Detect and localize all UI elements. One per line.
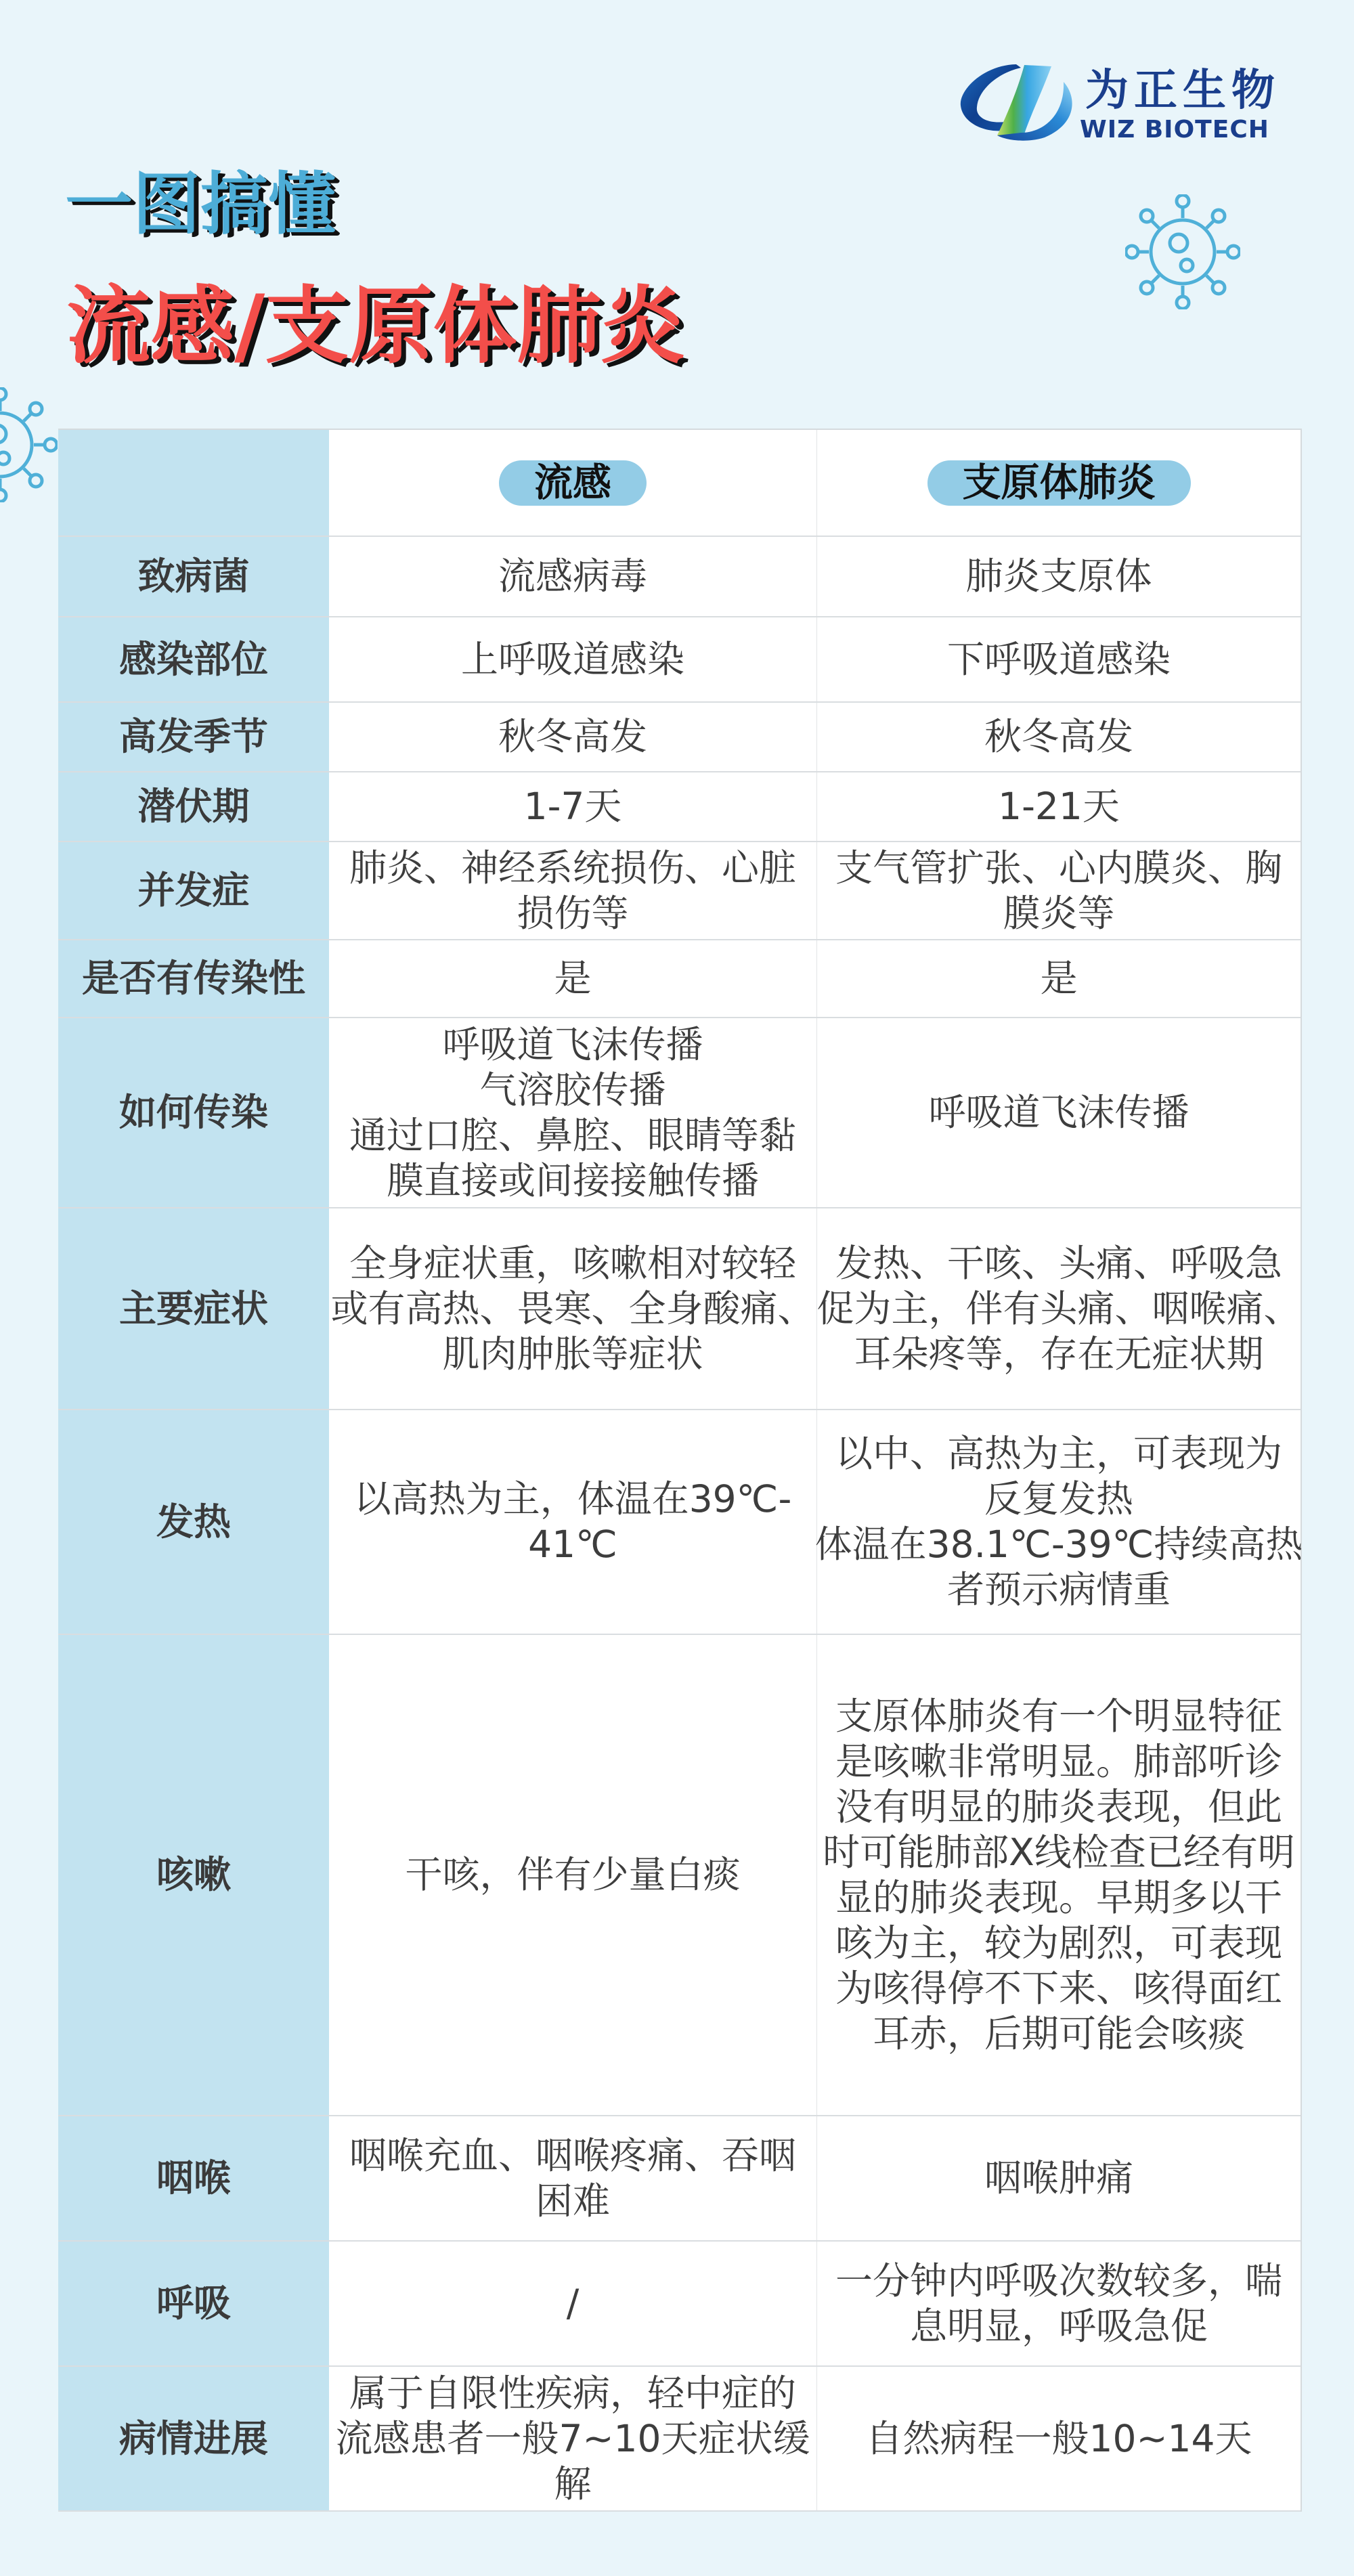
virus-icon (0, 387, 58, 502)
comparison-table: 流感 支原体肺炎 致病菌 流感病毒 肺炎支原体 感染部位 上呼吸道感染 下呼吸道… (58, 429, 1302, 2512)
wiz-biotech-logo-icon (957, 60, 1075, 142)
flu-value: 以高热为主，体温在39℃- 41℃ (329, 1410, 817, 1634)
page-subtitle: 一图搞懂 (65, 171, 336, 238)
table-row: 如何传染 呼吸道飞沫传播 气溶胶传播 通过口腔、鼻腔、眼睛等黏 膜直接或间接接触… (58, 1018, 1301, 1208)
row-label: 咳嗽 (58, 1635, 329, 2115)
mycoplasma-value: 是 (817, 940, 1301, 1017)
row-label: 潜伏期 (58, 772, 329, 841)
brand-name-english: WIZ BIOTECH (1080, 118, 1269, 142)
flu-value: 1-7天 (329, 772, 817, 841)
table-row: 致病菌 流感病毒 肺炎支原体 (58, 537, 1301, 617)
mycoplasma-value: 发热、干咳、头痛、呼吸急 促为主，伴有头痛、咽喉痛、 耳朵疼等，存在无症状期 (817, 1208, 1301, 1409)
mycoplasma-value: 下呼吸道感染 (817, 617, 1301, 701)
row-label: 发热 (58, 1410, 329, 1634)
mycoplasma-value: 自然病程一般10~14天 (817, 2367, 1301, 2510)
column-pill-flu: 流感 (499, 460, 647, 506)
table-row: 并发症 肺炎、神经系统损伤、心脏 损伤等 支气管扩张、心内膜炎、胸 膜炎等 (58, 842, 1301, 940)
flu-value: / (329, 2242, 817, 2365)
table-row: 病情进展 属于自限性疾病，轻中症的 流感患者一般7~10天症状缓 解 自然病程一… (58, 2367, 1301, 2512)
brand-logo: 为正生物 WIZ BIOTECH (957, 60, 1309, 144)
table-row: 主要症状 全身症状重，咳嗽相对较轻 或有高热、畏寒、全身酸痛、 肌肉肿胀等症状 … (58, 1208, 1301, 1410)
flu-value: 属于自限性疾病，轻中症的 流感患者一般7~10天症状缓 解 (329, 2367, 817, 2510)
table-header-row: 流感 支原体肺炎 (58, 430, 1301, 537)
table-row: 高发季节 秋冬高发 秋冬高发 (58, 703, 1301, 772)
flu-value: 全身症状重，咳嗽相对较轻 或有高热、畏寒、全身酸痛、 肌肉肿胀等症状 (329, 1208, 817, 1409)
mycoplasma-value: 1-21天 (817, 772, 1301, 841)
mycoplasma-value: 支气管扩张、心内膜炎、胸 膜炎等 (817, 842, 1301, 939)
row-label: 咽喉 (58, 2116, 329, 2240)
header-corner-cell (58, 430, 329, 536)
header-cell-flu: 流感 (329, 430, 817, 536)
table-row: 发热 以高热为主，体温在39℃- 41℃ 以中、高热为主，可表现为 反复发热 体… (58, 1410, 1301, 1635)
row-label: 病情进展 (58, 2367, 329, 2510)
flu-value: 上呼吸道感染 (329, 617, 817, 701)
mycoplasma-value: 秋冬高发 (817, 703, 1301, 771)
virus-icon (1125, 194, 1240, 309)
column-pill-mycoplasma: 支原体肺炎 (927, 460, 1191, 506)
flu-value: 是 (329, 940, 817, 1017)
mycoplasma-value: 呼吸道飞沫传播 (817, 1018, 1301, 1207)
mycoplasma-value: 支原体肺炎有一个明显特征 是咳嗽非常明显。肺部听诊 没有明显的肺炎表现，但此 时… (817, 1635, 1301, 2115)
row-label: 是否有传染性 (58, 940, 329, 1017)
flu-value: 秋冬高发 (329, 703, 817, 771)
brand-name-chinese: 为正生物 (1085, 69, 1280, 112)
flu-value: 肺炎、神经系统损伤、心脏 损伤等 (329, 842, 817, 939)
table-row: 呼吸 / 一分钟内呼吸次数较多，喘 息明显，呼吸急促 (58, 2242, 1301, 2367)
mycoplasma-value: 咽喉肿痛 (817, 2116, 1301, 2240)
table-row: 咽喉 咽喉充血、咽喉疼痛、吞咽 困难 咽喉肿痛 (58, 2116, 1301, 2242)
row-label: 呼吸 (58, 2242, 329, 2365)
row-label: 感染部位 (58, 617, 329, 701)
page-title: 流感/支原体肺炎 (66, 284, 684, 368)
mycoplasma-value: 以中、高热为主，可表现为 反复发热 体温在38.1℃-39℃持续高热 者预示病情… (817, 1410, 1301, 1634)
row-label: 如何传染 (58, 1018, 329, 1207)
mycoplasma-value: 一分钟内呼吸次数较多，喘 息明显，呼吸急促 (817, 2242, 1301, 2365)
mycoplasma-value: 肺炎支原体 (817, 537, 1301, 616)
row-label: 致病菌 (58, 537, 329, 616)
table-row: 潜伏期 1-7天 1-21天 (58, 772, 1301, 842)
row-label: 主要症状 (58, 1208, 329, 1409)
table-row: 感染部位 上呼吸道感染 下呼吸道感染 (58, 617, 1301, 703)
table-row: 咳嗽 干咳，伴有少量白痰 支原体肺炎有一个明显特征 是咳嗽非常明显。肺部听诊 没… (58, 1635, 1301, 2116)
flu-value: 呼吸道飞沫传播 气溶胶传播 通过口腔、鼻腔、眼睛等黏 膜直接或间接接触传播 (329, 1018, 817, 1207)
flu-value: 干咳，伴有少量白痰 (329, 1635, 817, 2115)
table-row: 是否有传染性 是 是 (58, 940, 1301, 1018)
row-label: 高发季节 (58, 703, 329, 771)
flu-value: 咽喉充血、咽喉疼痛、吞咽 困难 (329, 2116, 817, 2240)
header-cell-mycoplasma: 支原体肺炎 (817, 430, 1301, 536)
flu-value: 流感病毒 (329, 537, 817, 616)
row-label: 并发症 (58, 842, 329, 939)
